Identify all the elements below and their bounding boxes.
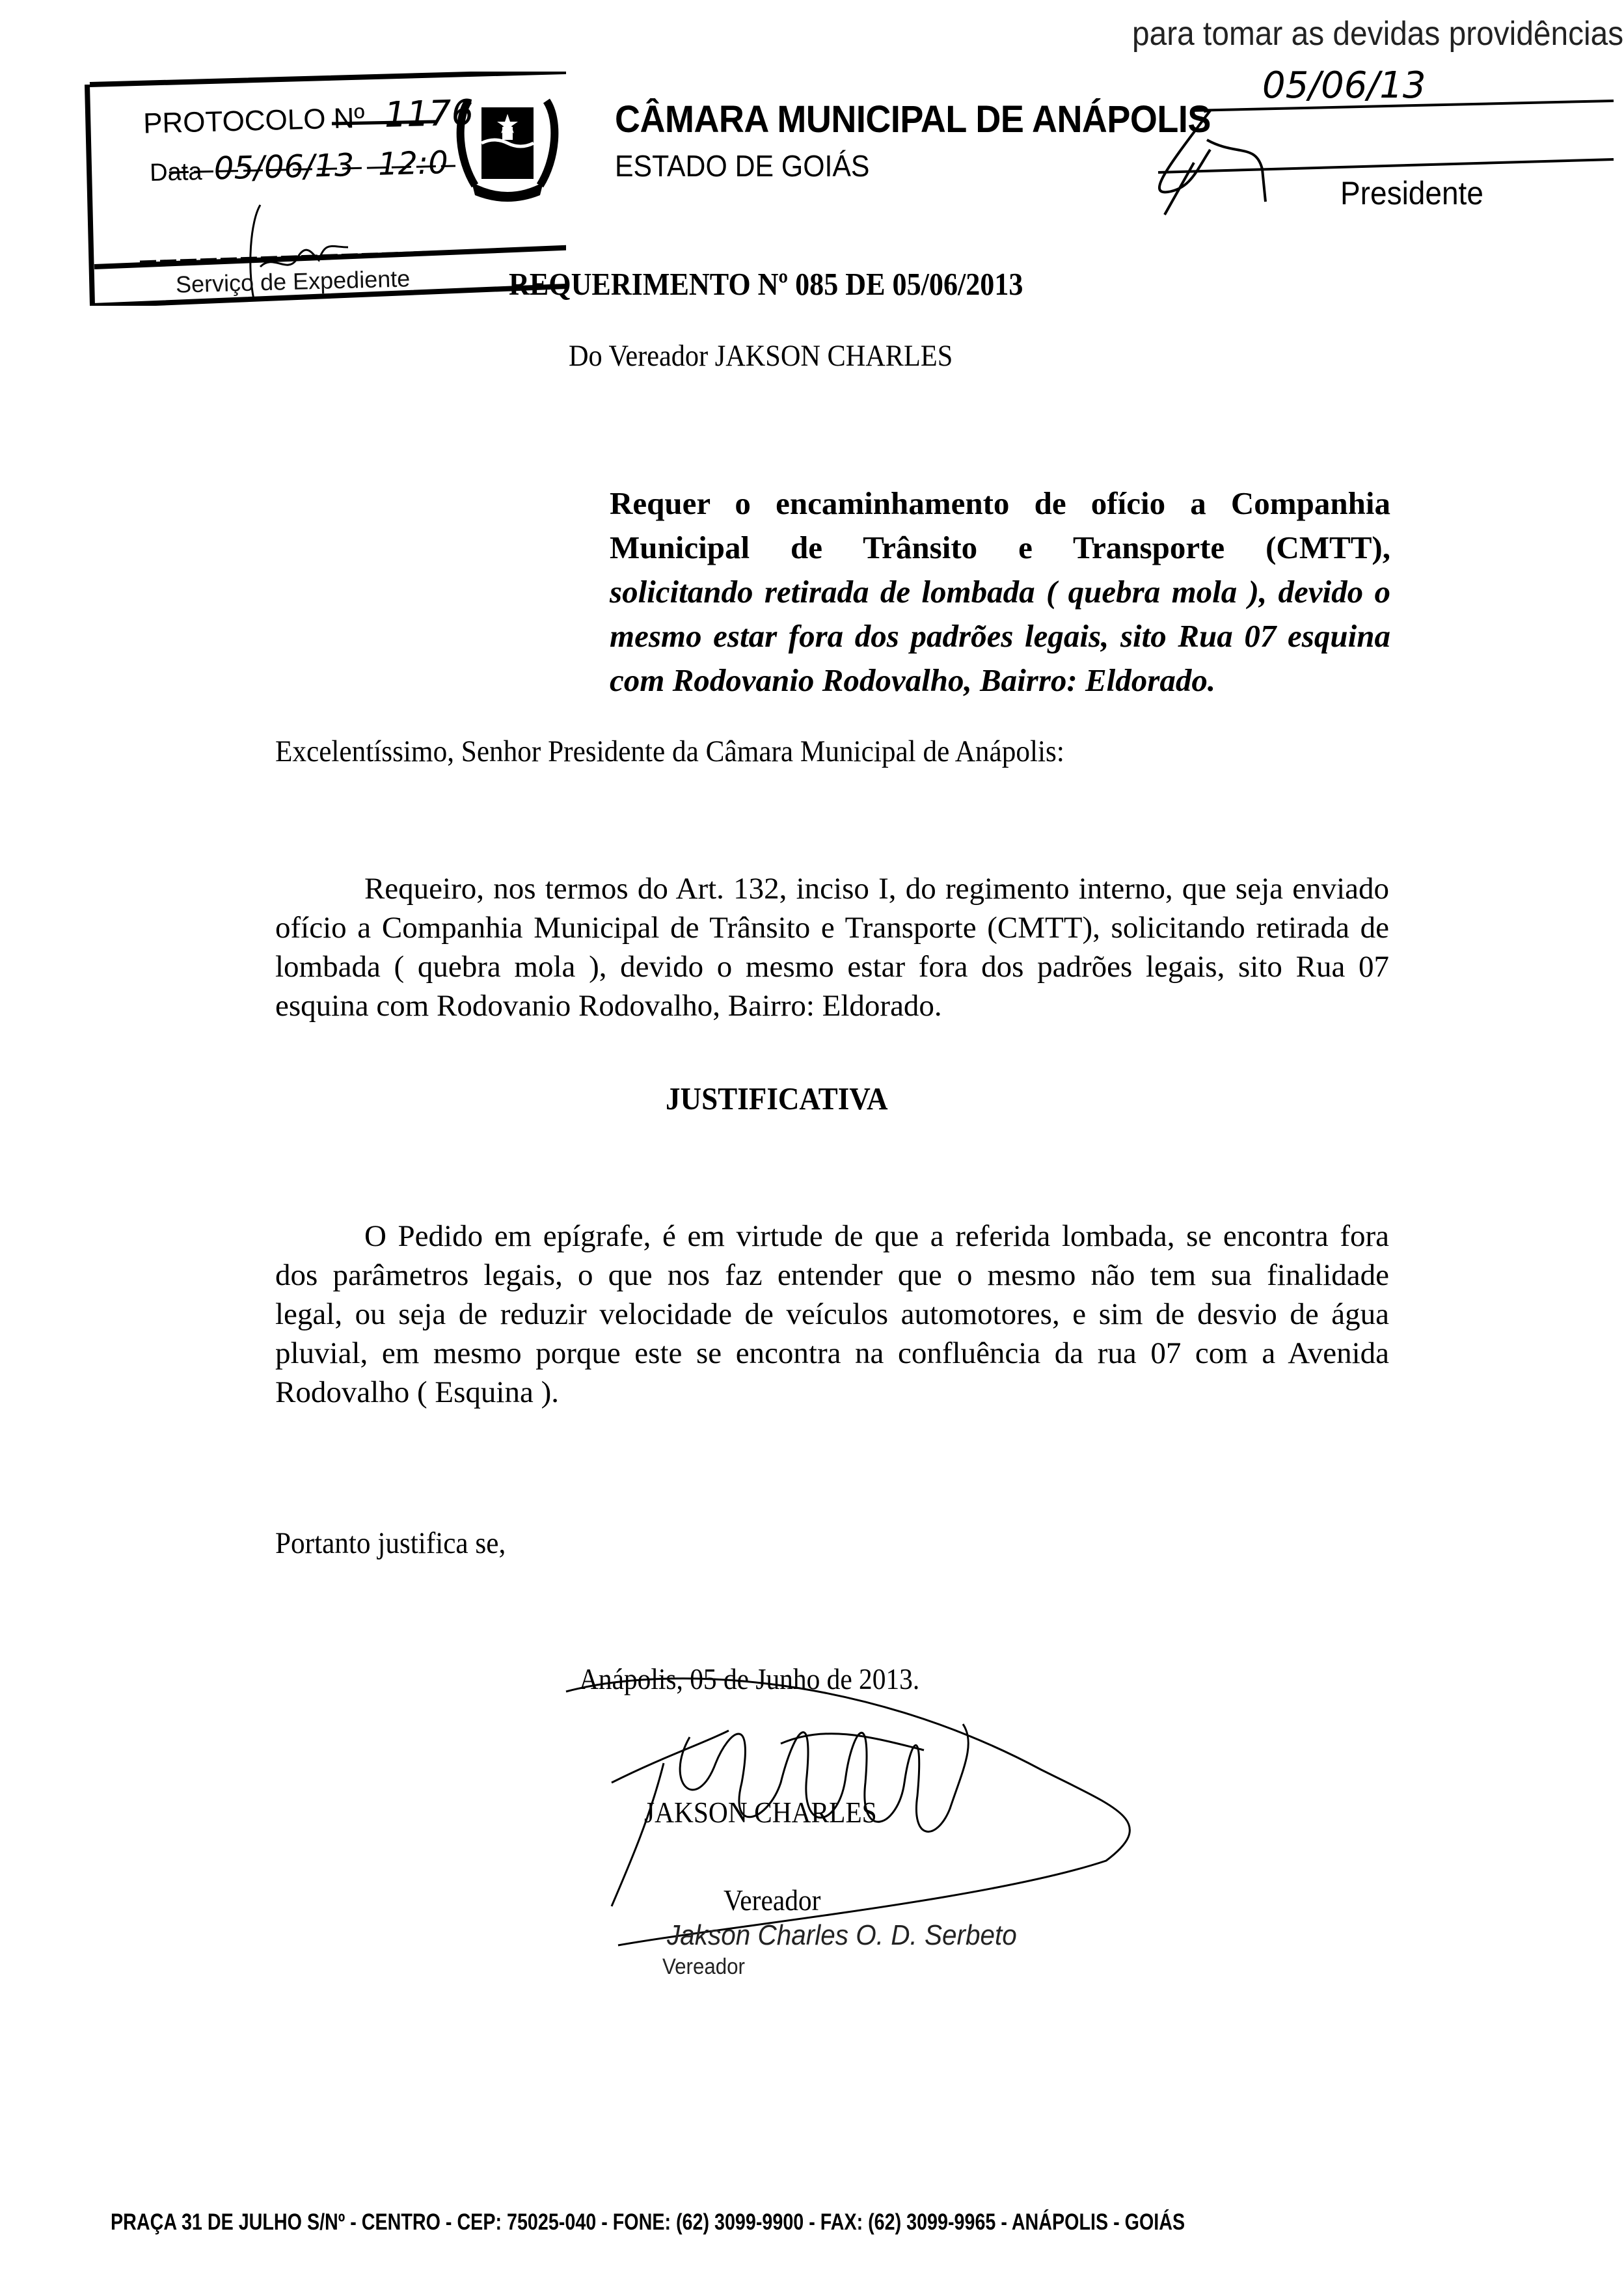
protocol-date: 05/06/13 xyxy=(213,147,355,187)
signatory-stamp-name: Jakson Charles O. D. Serbeto xyxy=(667,1919,1017,1952)
ementa-line: Municipal de Trânsito e Transporte (CMTT… xyxy=(610,526,1390,570)
document-title: REQUERIMENTO Nº 085 DE 05/06/2013 xyxy=(509,265,1023,303)
coat-of-arms-icon xyxy=(455,94,560,208)
paragraph-line: Rodovalho ( Esquina ). xyxy=(275,1373,1389,1412)
signatory-role: Vereador xyxy=(724,1883,820,1917)
paragraph-line: pluvial, em mesmo porque este se encontr… xyxy=(275,1334,1389,1373)
paragraph-line: O Pedido em epígrafe, é em virtude de qu… xyxy=(275,1217,1389,1256)
protocol-label: PROTOCOLO Nº 1176 xyxy=(142,92,474,141)
protocol-time: 12:0 xyxy=(377,144,448,183)
protocol-date-label: Data xyxy=(150,158,202,187)
organization-name: CÂMARA MUNICIPAL DE ANÁPOLIS xyxy=(615,98,1211,141)
dispatch-role: Presidente xyxy=(1340,174,1483,212)
ementa-line: Requer o encaminhamento de ofício a Comp… xyxy=(610,481,1390,526)
organization-state: ESTADO DE GOIÁS xyxy=(615,148,869,183)
salutation: Excelentíssimo, Senhor Presidente da Câm… xyxy=(275,734,1064,769)
paragraph-line: esquina com Rodovanio Rodovalho, Bairro:… xyxy=(275,986,1389,1025)
request-paragraph: Requeiro, nos termos do Art. 132, inciso… xyxy=(275,869,1389,1025)
paragraph-line: Requeiro, nos termos do Art. 132, inciso… xyxy=(275,869,1389,908)
justification-heading: JUSTIFICATIVA xyxy=(666,1080,888,1117)
dispatch-note: para tomar as devidas providências xyxy=(1132,14,1623,53)
ementa-line: mesmo estar fora dos padrões legais, sit… xyxy=(610,614,1390,658)
closing-line: Portanto justifica se, xyxy=(275,1526,506,1561)
paragraph-line: ofício a Companhia Municipal de Trânsito… xyxy=(275,908,1389,947)
dispatch-date: 05/06/13 xyxy=(1262,65,1426,107)
paragraph-line: legal, ou seja de reduzir velocidade de … xyxy=(275,1295,1389,1334)
paragraph-line: lombada ( quebra mola ), devido o mesmo … xyxy=(275,947,1389,986)
ementa-line: com Rodovanio Rodovalho, Bairro: Eldorad… xyxy=(610,658,1390,703)
ementa-line: solicitando retirada de lombada ( quebra… xyxy=(610,570,1390,614)
protocol-stamp: PROTOCOLO Nº 1176 Data 05/06/13 12:0 Ser… xyxy=(85,72,566,306)
document-author: Do Vereador JAKSON CHARLES xyxy=(569,338,953,373)
paragraph-line: dos parâmetros legais, o que nos faz ent… xyxy=(275,1256,1389,1295)
signatory-stamp-role: Vereador xyxy=(662,1954,745,1980)
protocol-date-line: Data 05/06/13 12:0 xyxy=(149,144,448,189)
footer-address: PRAÇA 31 DE JULHO S/Nº - CENTRO - CEP: 7… xyxy=(111,2209,1185,2235)
protocol-number-label: PROTOCOLO Nº xyxy=(143,102,366,140)
justification-paragraph: O Pedido em epígrafe, é em virtude de qu… xyxy=(275,1217,1389,1412)
ementa-summary: Requer o encaminhamento de ofício a Comp… xyxy=(610,481,1390,703)
